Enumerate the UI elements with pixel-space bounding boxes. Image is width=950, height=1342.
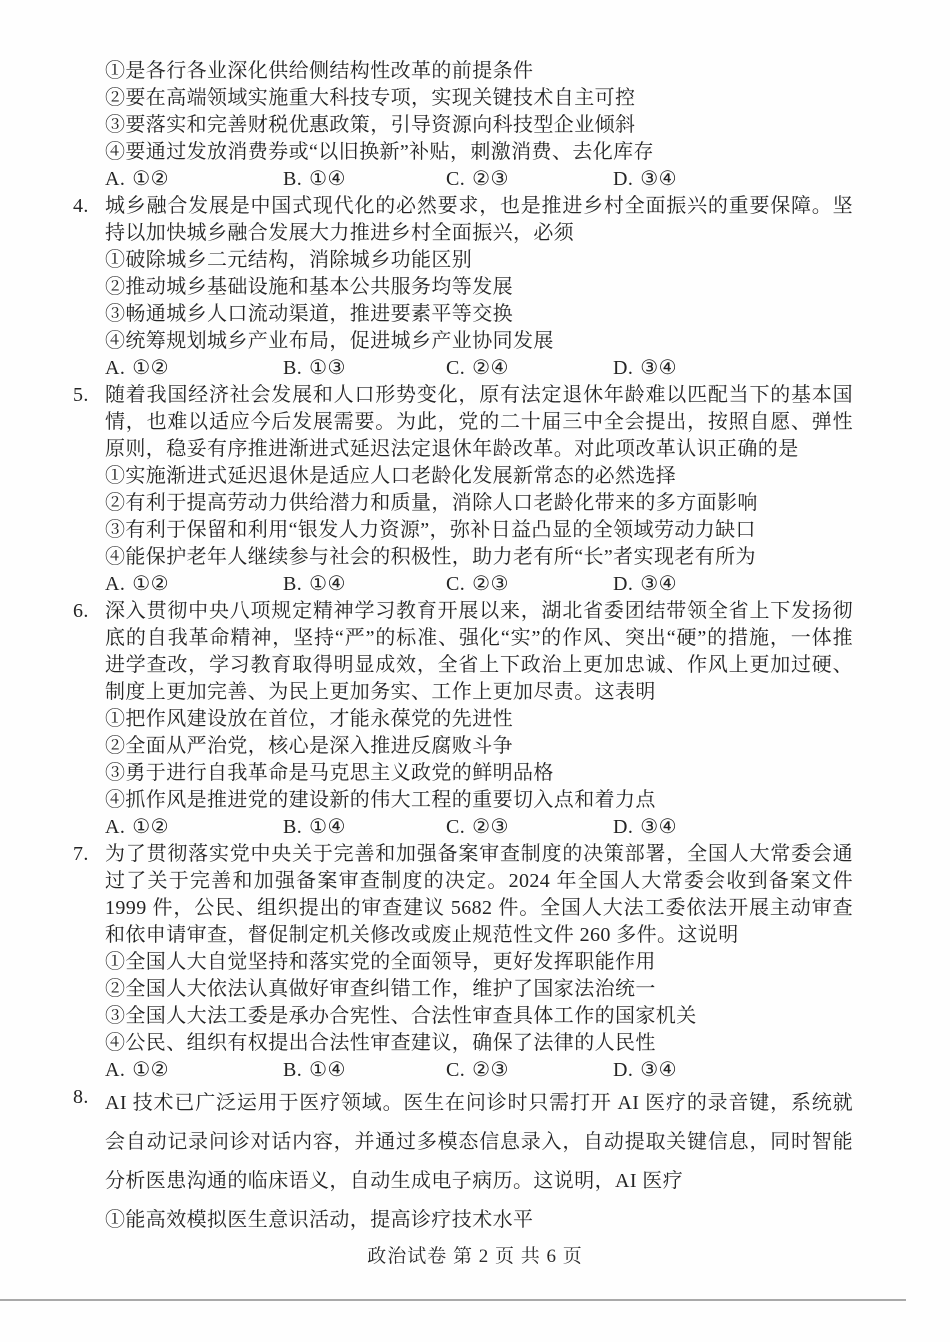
question-block: 6. 深入贯彻中央八项规定精神学习教育开展以来，湖北省委团结带领全省上下发扬彻底… [73,598,885,841]
choice-label: B. [283,571,302,598]
choice-row: A.①②B.①③C.②④D.③④ [105,355,853,382]
choice-label: D. [613,1057,633,1084]
choice-value: ①② [132,571,169,598]
choice: D.③④ [613,814,677,841]
statement-line: ②全国人大依法认真做好审查纠错工作，维护了国家法治统一 [105,976,853,1003]
question-block: 7. 为了贯彻落实党中央关于完善和加强备案审查制度的决策部署，全国人大常委会通过… [73,841,885,1084]
statement-line: ④要通过发放消费券或“以旧换新”补贴，刺激消费、去化库存 [105,139,853,166]
choice-label: C. [446,166,465,193]
choice-label: D. [613,166,633,193]
choice: C.②③ [446,814,613,841]
choice: A.①② [105,1057,283,1084]
exam-page: ①是各行各业深化供给侧结构性改革的前提条件②要在高端领域实施重大科技专项，实现关… [0,0,950,1342]
choice-label: D. [613,571,633,598]
choice-label: B. [283,166,302,193]
choice-label: C. [446,571,465,598]
choice: B.①④ [283,814,446,841]
statement-line: ①是各行各业深化供给侧结构性改革的前提条件 [105,58,853,85]
choice-value: ①② [132,1057,169,1084]
question-body: ①是各行各业深化供给侧结构性改革的前提条件②要在高端领域实施重大科技专项，实现关… [105,58,853,193]
choice-value: ②④ [472,355,509,382]
question-body: AI 技术已广泛运用于医疗领域。医生在问诊时只需打开 AI 医疗的录音键，系统就… [105,1084,853,1240]
choice: C.②③ [446,571,613,598]
question-stem: 为了贯彻落实党中央关于完善和加强备案审查制度的决策部署，全国人大常委会通过了关于… [105,841,853,949]
question-number: 6. [73,598,105,625]
question-stem: 城乡融合发展是中国式现代化的必然要求，也是推进乡村全面振兴的重要保障。坚持以加快… [105,193,853,247]
choice: B.①④ [283,1057,446,1084]
statement-line: ③有利于保留和利用“银发人力资源”，弥补日益凸显的全领域劳动力缺口 [105,517,853,544]
choice: D.③④ [613,1057,677,1084]
choice-row: A.①②B.①④C.②③D.③④ [105,166,853,193]
statement-line: ③畅通城乡人口流动渠道，推进要素平等交换 [105,301,853,328]
bottom-divider [0,1299,906,1301]
choice-label: B. [283,814,302,841]
choice-value: ③④ [640,355,677,382]
statement-line: ①把作风建设放在首位，才能永葆党的先进性 [105,706,853,733]
choice: B.①③ [283,355,446,382]
choice: D.③④ [613,355,677,382]
choice: A.①② [105,166,283,193]
question-body: 城乡融合发展是中国式现代化的必然要求，也是推进乡村全面振兴的重要保障。坚持以加快… [105,193,853,382]
question-number: 5. [73,382,105,409]
choice: D.③④ [613,571,677,598]
choice-value: ①② [132,355,169,382]
statement-line: ④统筹规划城乡产业布局，促进城乡产业协同发展 [105,328,853,355]
statement-line: ④公民、组织有权提出合法性审查建议，确保了法律的人民性 [105,1030,853,1057]
choice-label: A. [105,1057,125,1084]
choice: A.①② [105,571,283,598]
choice: A.①② [105,355,283,382]
question-stem: 深入贯彻中央八项规定精神学习教育开展以来，湖北省委团结带领全省上下发扬彻底的自我… [105,598,853,706]
choice-label: D. [613,355,633,382]
statement-line: ④能保护老年人继续参与社会的积极性，助力老有所“长”者实现老有所为 [105,544,853,571]
choice-label: A. [105,355,125,382]
choice-label: A. [105,571,125,598]
choice-label: C. [446,355,465,382]
choice-value: ①④ [309,571,346,598]
statement-line: ③勇于进行自我革命是马克思主义政党的鲜明品格 [105,760,853,787]
choice-value: ①② [132,814,169,841]
choice-value: ③④ [640,1057,677,1084]
choice-label: C. [446,814,465,841]
choice-row: A.①②B.①④C.②③D.③④ [105,571,853,598]
choice-value: ①④ [309,1057,346,1084]
choice: A.①② [105,814,283,841]
choice: C.②④ [446,355,613,382]
question-body: 深入贯彻中央八项规定精神学习教育开展以来，湖北省委团结带领全省上下发扬彻底的自我… [105,598,853,841]
choice: B.①④ [283,571,446,598]
choice-label: A. [105,166,125,193]
choice-value: ②③ [472,166,509,193]
question-list: ①是各行各业深化供给侧结构性改革的前提条件②要在高端领域实施重大科技专项，实现关… [73,58,885,1240]
choice-label: B. [283,1057,302,1084]
question-stem: AI 技术已广泛运用于医疗领域。医生在问诊时只需打开 AI 医疗的录音键，系统就… [105,1084,853,1201]
choice-row: A.①②B.①④C.②③D.③④ [105,1057,853,1084]
statement-line: ②要在高端领域实施重大科技专项，实现关键技术自主可控 [105,85,853,112]
choice-label: B. [283,355,302,382]
question-number: 7. [73,841,105,868]
question-block: 4. 城乡融合发展是中国式现代化的必然要求，也是推进乡村全面振兴的重要保障。坚持… [73,193,885,382]
choice: C.②③ [446,166,613,193]
choice-value: ①② [132,166,169,193]
statement-line: ④抓作风是推进党的建设新的伟大工程的重要切入点和着力点 [105,787,853,814]
choice: D.③④ [613,166,677,193]
page-footer: 政治试卷 第 2 页 共 6 页 [0,1243,950,1270]
choice-value: ①③ [309,355,346,382]
statement-line: ①破除城乡二元结构，消除城乡功能区别 [105,247,853,274]
choice: B.①④ [283,166,446,193]
choice: C.②③ [446,1057,613,1084]
question-stem: 随着我国经济社会发展和人口形势变化，原有法定退休年龄难以匹配当下的基本国情，也难… [105,382,853,463]
statement-line: ③全国人大法工委是承办合宪性、合法性审查具体工作的国家机关 [105,1003,853,1030]
statement-line: ①实施渐进式延迟退休是适应人口老龄化发展新常态的必然选择 [105,463,853,490]
statement-line: ①能高效模拟医生意识活动，提高诊疗技术水平 [105,1201,853,1240]
choice-value: ①④ [309,814,346,841]
statement-line: ①全国人大自觉坚持和落实党的全面领导，更好发挥职能作用 [105,949,853,976]
question-block: 5. 随着我国经济社会发展和人口形势变化，原有法定退休年龄难以匹配当下的基本国情… [73,382,885,598]
choice-value: ②③ [472,571,509,598]
choice-value: ②③ [472,814,509,841]
choice-label: D. [613,814,633,841]
choice-label: C. [446,1057,465,1084]
choice-row: A.①②B.①④C.②③D.③④ [105,814,853,841]
statement-line: ②推动城乡基础设施和基本公共服务均等发展 [105,274,853,301]
question-body: 为了贯彻落实党中央关于完善和加强备案审查制度的决策部署，全国人大常委会通过了关于… [105,841,853,1084]
choice-value: ③④ [640,814,677,841]
statement-line: ②有利于提高劳动力供给潜力和质量，消除人口老龄化带来的多方面影响 [105,490,853,517]
question-body: 随着我国经济社会发展和人口形势变化，原有法定退休年龄难以匹配当下的基本国情，也难… [105,382,853,598]
choice-value: ①④ [309,166,346,193]
question-block: ①是各行各业深化供给侧结构性改革的前提条件②要在高端领域实施重大科技专项，实现关… [73,58,885,193]
statement-line: ③要落实和完善财税优惠政策，引导资源向科技型企业倾斜 [105,112,853,139]
question-number: 4. [73,193,105,220]
question-number: 8. [73,1084,105,1111]
choice-value: ③④ [640,571,677,598]
statement-line: ②全面从严治党，核心是深入推进反腐败斗争 [105,733,853,760]
question-block: 8. AI 技术已广泛运用于医疗领域。医生在问诊时只需打开 AI 医疗的录音键，… [73,1084,885,1240]
choice-value: ②③ [472,1057,509,1084]
choice-label: A. [105,814,125,841]
choice-value: ③④ [640,166,677,193]
